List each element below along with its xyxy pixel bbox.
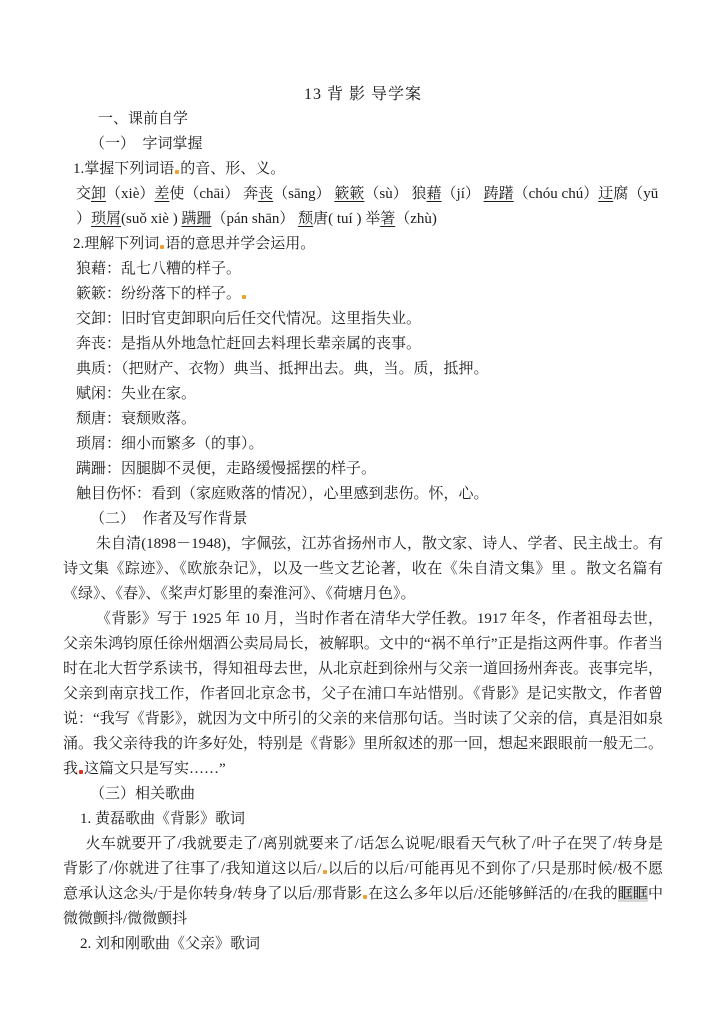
- subsection-heading-related-songs: （三）相关歌曲: [63, 782, 663, 807]
- definition-text: 细小而繁多（的事）。: [121, 436, 264, 452]
- definition-separator: ：: [106, 311, 121, 327]
- definition-text: 旧时官吏卸职向后任交代情况。这里指失业。: [121, 311, 421, 327]
- document-content: 13 背 影 导学案 一、课前自学 （一） 字词掌握 1.掌握下列词语的音、形、…: [0, 0, 725, 957]
- definition-row: 颓唐：衰颓败落。: [63, 407, 663, 432]
- definition-row: 簌簌：纷纷落下的样子。: [63, 282, 663, 307]
- definition-text: 是指从外地急忙赶回去料理长辈亲属的丧事。: [121, 336, 421, 352]
- spellcheck-orange-mark: [323, 870, 327, 874]
- definition-separator: ：: [106, 286, 121, 302]
- pinyin-word-list: 交卸（xiè）差使（chāi） 奔丧（sāng） 簌簌（sù） 狼藉（jí） 踌…: [63, 182, 663, 232]
- spellcheck-orange-mark: [363, 895, 367, 899]
- definition-row: 交卸：旧时官吏卸职向后任交代情况。这里指失业。: [63, 307, 663, 332]
- definition-row: 琐屑：细小而繁多（的事）。: [63, 432, 663, 457]
- definition-row: 蹒跚：因腿脚不灵便，走路缓慢摇摆的样子。: [63, 457, 663, 482]
- item-word-pronunciation: 1.掌握下列词语的音、形、义。: [63, 157, 663, 182]
- definition-text: 衰颓败落。: [121, 411, 196, 427]
- definition-row: 狼藉：乱七八糟的样子。: [63, 257, 663, 282]
- definition-term: 颓唐: [76, 411, 106, 427]
- definition-term: 狼藉: [76, 261, 106, 277]
- definition-term: 典质: [76, 361, 106, 377]
- definition-text: （把财产、衣物）典当、抵押出去。典，当。质，抵押。: [121, 361, 489, 377]
- definition-row: 典质：（把财产、衣物）典当、抵押出去。典，当。质，抵押。: [63, 357, 663, 382]
- spellcheck-orange-mark: [160, 245, 164, 249]
- section-heading-preclass-study: 一、课前自学: [63, 107, 663, 132]
- spellcheck-orange-mark: [175, 170, 179, 174]
- definition-separator: ：: [106, 261, 121, 277]
- spellcheck-orange-mark: [242, 295, 246, 299]
- author-bio-paragraph: 朱自清(1898－1948)，字佩弦，江苏省扬州市人，散文家、诗人、学者、民主战…: [63, 532, 663, 607]
- definition-separator: ：: [106, 436, 121, 452]
- definition-text: 看到（家庭败落的情况），心里感到悲伤。怀，心。: [151, 486, 489, 502]
- definition-term: 簌簌: [76, 286, 106, 302]
- definition-separator: ：: [106, 336, 121, 352]
- definition-term: 赋闲: [76, 386, 106, 402]
- definition-row: 触目伤怀：看到（家庭败落的情况），心里感到悲伤。怀，心。: [63, 482, 663, 507]
- definition-text: 乱七八糟的样子。: [121, 261, 241, 277]
- definition-text: 因腿脚不灵便，走路缓慢摇摆的样子。: [121, 461, 376, 477]
- definition-separator: ：: [106, 461, 121, 477]
- definitions-list: 狼藉：乱七八糟的样子。 簌簌：纷纷落下的样子。 交卸：旧时官吏卸职向后任交代情况…: [63, 257, 663, 507]
- definition-text: 纷纷落下的样子。: [121, 286, 241, 302]
- subsection-heading-author-background: （二） 作者及写作背景: [63, 507, 663, 532]
- definition-separator: ：: [106, 411, 121, 427]
- definition-term: 蹒跚: [76, 461, 106, 477]
- page-title: 13 背 影 导学案: [63, 82, 663, 107]
- definition-text: 失业在家。: [121, 386, 196, 402]
- song1-label: 1. 黄磊歌曲《背影》歌词: [63, 807, 663, 832]
- definition-separator: ：: [106, 386, 121, 402]
- definition-term: 触目伤怀: [76, 486, 136, 502]
- subsection-heading-vocabulary: （一） 字词掌握: [63, 132, 663, 157]
- definition-term: 奔丧: [76, 336, 106, 352]
- writing-background-paragraph: 《背影》写于 1925 年 10 月，当时作者在清华大学任教。1917 年冬，作…: [63, 607, 663, 782]
- definition-row: 奔丧：是指从外地急忙赶回去料理长辈亲属的丧事。: [63, 332, 663, 357]
- song1-lyrics: 火车就要开了/我就要走了/离别就要来了/话怎么说呢/眼看天气秋了/叶子在哭了/转…: [63, 832, 663, 932]
- definition-separator: ：: [136, 486, 151, 502]
- definition-separator: ：: [106, 361, 121, 377]
- definition-row: 赋闲：失业在家。: [63, 382, 663, 407]
- item-word-meanings: 2.理解下列词语的意思并学会运用。: [63, 232, 663, 257]
- spellcheck-red-mark: [79, 770, 83, 774]
- song2-label: 2. 刘和刚歌曲《父亲》歌词: [63, 932, 663, 957]
- document-page: 13 背 影 导学案 一、课前自学 （一） 字词掌握 1.掌握下列词语的音、形、…: [0, 0, 725, 1024]
- definition-term: 交卸: [76, 311, 106, 327]
- definition-term: 琐屑: [76, 436, 106, 452]
